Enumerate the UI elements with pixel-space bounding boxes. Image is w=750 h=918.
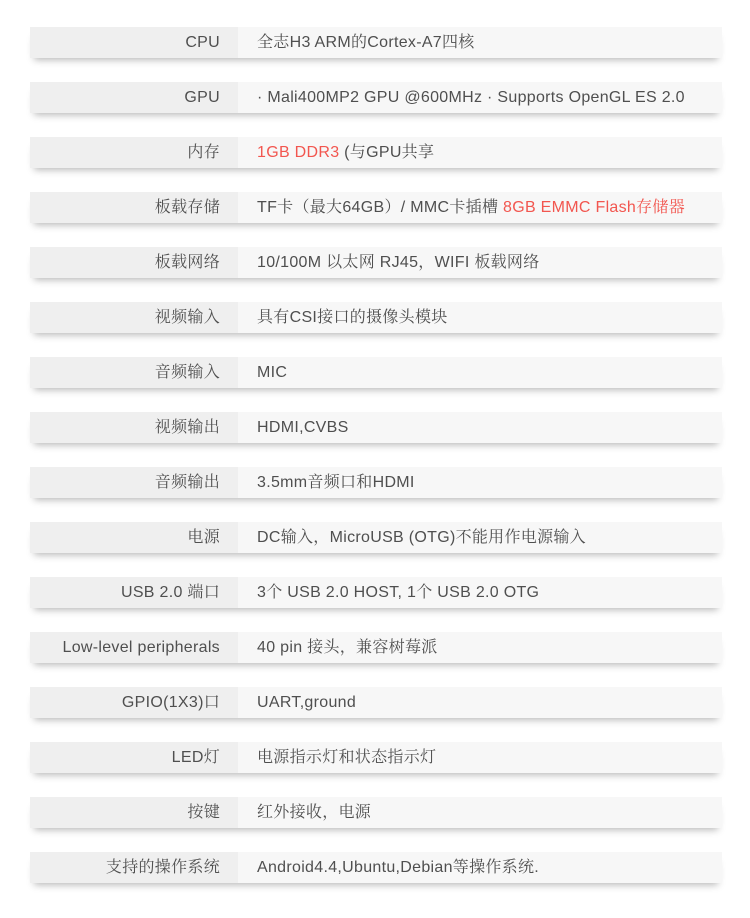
spec-row: 视频输入具有CSI接口的摄像头模块 bbox=[30, 302, 722, 333]
spec-value-text: 全志H3 ARM的Cortex-A7四核 bbox=[257, 34, 475, 51]
spec-value-text: 10/100M 以太网 RJ45，WIFI 板载网络 bbox=[257, 254, 540, 271]
spec-value: 3.5mm音频口和HDMI bbox=[238, 467, 722, 498]
spec-value: 1GB DDR3 (与GPU共享 bbox=[238, 137, 722, 168]
spec-row: 板载存储TF卡（最大64GB）/ MMC卡插槽 8GB EMMC Flash存储… bbox=[30, 192, 722, 223]
spec-row: 音频输出3.5mm音频口和HDMI bbox=[30, 467, 722, 498]
spec-value-text: TF卡（最大64GB）/ MMC卡插槽 bbox=[257, 199, 503, 216]
spec-value-highlight: 8GB EMMC Flash存储器 bbox=[503, 199, 685, 216]
spec-row: 音频输入MIC bbox=[30, 357, 722, 388]
spec-label: 内存 bbox=[30, 137, 238, 168]
spec-value: 电源指示灯和状态指示灯 bbox=[238, 742, 722, 773]
spec-label: GPU bbox=[30, 82, 238, 113]
spec-label: 板载存储 bbox=[30, 192, 238, 223]
spec-label: 视频输出 bbox=[30, 412, 238, 443]
spec-value-text: HDMI,CVBS bbox=[257, 419, 349, 436]
spec-label: 按键 bbox=[30, 797, 238, 828]
spec-value: 10/100M 以太网 RJ45，WIFI 板载网络 bbox=[238, 247, 722, 278]
spec-value-text: · Mali400MP2 GPU @600MHz · Supports Open… bbox=[257, 89, 685, 106]
spec-value-text: UART,ground bbox=[257, 694, 356, 711]
spec-value: DC输入，MicroUSB (OTG)不能用作电源输入 bbox=[238, 522, 722, 553]
spec-value: 40 pin 接头，兼容树莓派 bbox=[238, 632, 722, 663]
spec-value-text: MIC bbox=[257, 364, 287, 381]
spec-value-text: 3.5mm音频口和HDMI bbox=[257, 474, 415, 491]
spec-row: 内存1GB DDR3 (与GPU共享 bbox=[30, 137, 722, 168]
spec-row: USB 2.0 端口3个 USB 2.0 HOST, 1个 USB 2.0 OT… bbox=[30, 577, 722, 608]
spec-label: 板载网络 bbox=[30, 247, 238, 278]
spec-value: HDMI,CVBS bbox=[238, 412, 722, 443]
spec-label: 支持的操作系统 bbox=[30, 852, 238, 883]
spec-label: LED灯 bbox=[30, 742, 238, 773]
spec-row: LED灯电源指示灯和状态指示灯 bbox=[30, 742, 722, 773]
spec-value: MIC bbox=[238, 357, 722, 388]
spec-value: UART,ground bbox=[238, 687, 722, 718]
spec-label: GPIO(1X3)口 bbox=[30, 687, 238, 718]
spec-value-highlight: 1GB DDR3 bbox=[257, 144, 339, 161]
spec-row: CPU全志H3 ARM的Cortex-A7四核 bbox=[30, 27, 722, 58]
spec-row: 按键红外接收，电源 bbox=[30, 797, 722, 828]
spec-value-text: DC输入，MicroUSB (OTG)不能用作电源输入 bbox=[257, 529, 586, 546]
spec-value: 3个 USB 2.0 HOST, 1个 USB 2.0 OTG bbox=[238, 577, 722, 608]
spec-value-text: 具有CSI接口的摄像头模块 bbox=[257, 309, 448, 326]
spec-value: 具有CSI接口的摄像头模块 bbox=[238, 302, 722, 333]
spec-table: CPU全志H3 ARM的Cortex-A7四核GPU· Mali400MP2 G… bbox=[0, 0, 750, 883]
spec-value-text: Android4.4,Ubuntu,Debian等操作系统. bbox=[257, 859, 539, 876]
spec-row: 板载网络10/100M 以太网 RJ45，WIFI 板载网络 bbox=[30, 247, 722, 278]
spec-row: Low-level peripherals40 pin 接头，兼容树莓派 bbox=[30, 632, 722, 663]
spec-label: 电源 bbox=[30, 522, 238, 553]
spec-value: 红外接收，电源 bbox=[238, 797, 722, 828]
spec-value: · Mali400MP2 GPU @600MHz · Supports Open… bbox=[238, 82, 722, 113]
spec-row: 支持的操作系统Android4.4,Ubuntu,Debian等操作系统. bbox=[30, 852, 722, 883]
spec-label: 音频输出 bbox=[30, 467, 238, 498]
spec-row: 视频输出HDMI,CVBS bbox=[30, 412, 722, 443]
spec-label: 音频输入 bbox=[30, 357, 238, 388]
spec-row: 电源DC输入，MicroUSB (OTG)不能用作电源输入 bbox=[30, 522, 722, 553]
spec-label: 视频输入 bbox=[30, 302, 238, 333]
spec-value-text: 红外接收，电源 bbox=[257, 804, 371, 821]
spec-label: CPU bbox=[30, 27, 238, 58]
spec-label: USB 2.0 端口 bbox=[30, 577, 238, 608]
spec-value-text: 3个 USB 2.0 HOST, 1个 USB 2.0 OTG bbox=[257, 584, 539, 601]
spec-value: TF卡（最大64GB）/ MMC卡插槽 8GB EMMC Flash存储器 bbox=[238, 192, 722, 223]
spec-row: GPU· Mali400MP2 GPU @600MHz · Supports O… bbox=[30, 82, 722, 113]
spec-value-text: 电源指示灯和状态指示灯 bbox=[257, 749, 436, 766]
spec-value: Android4.4,Ubuntu,Debian等操作系统. bbox=[238, 852, 722, 883]
spec-value-text: 40 pin 接头，兼容树莓派 bbox=[257, 639, 438, 656]
spec-value-text: (与GPU共享 bbox=[339, 144, 434, 161]
spec-value: 全志H3 ARM的Cortex-A7四核 bbox=[238, 27, 722, 58]
spec-label: Low-level peripherals bbox=[30, 632, 238, 663]
spec-row: GPIO(1X3)口UART,ground bbox=[30, 687, 722, 718]
